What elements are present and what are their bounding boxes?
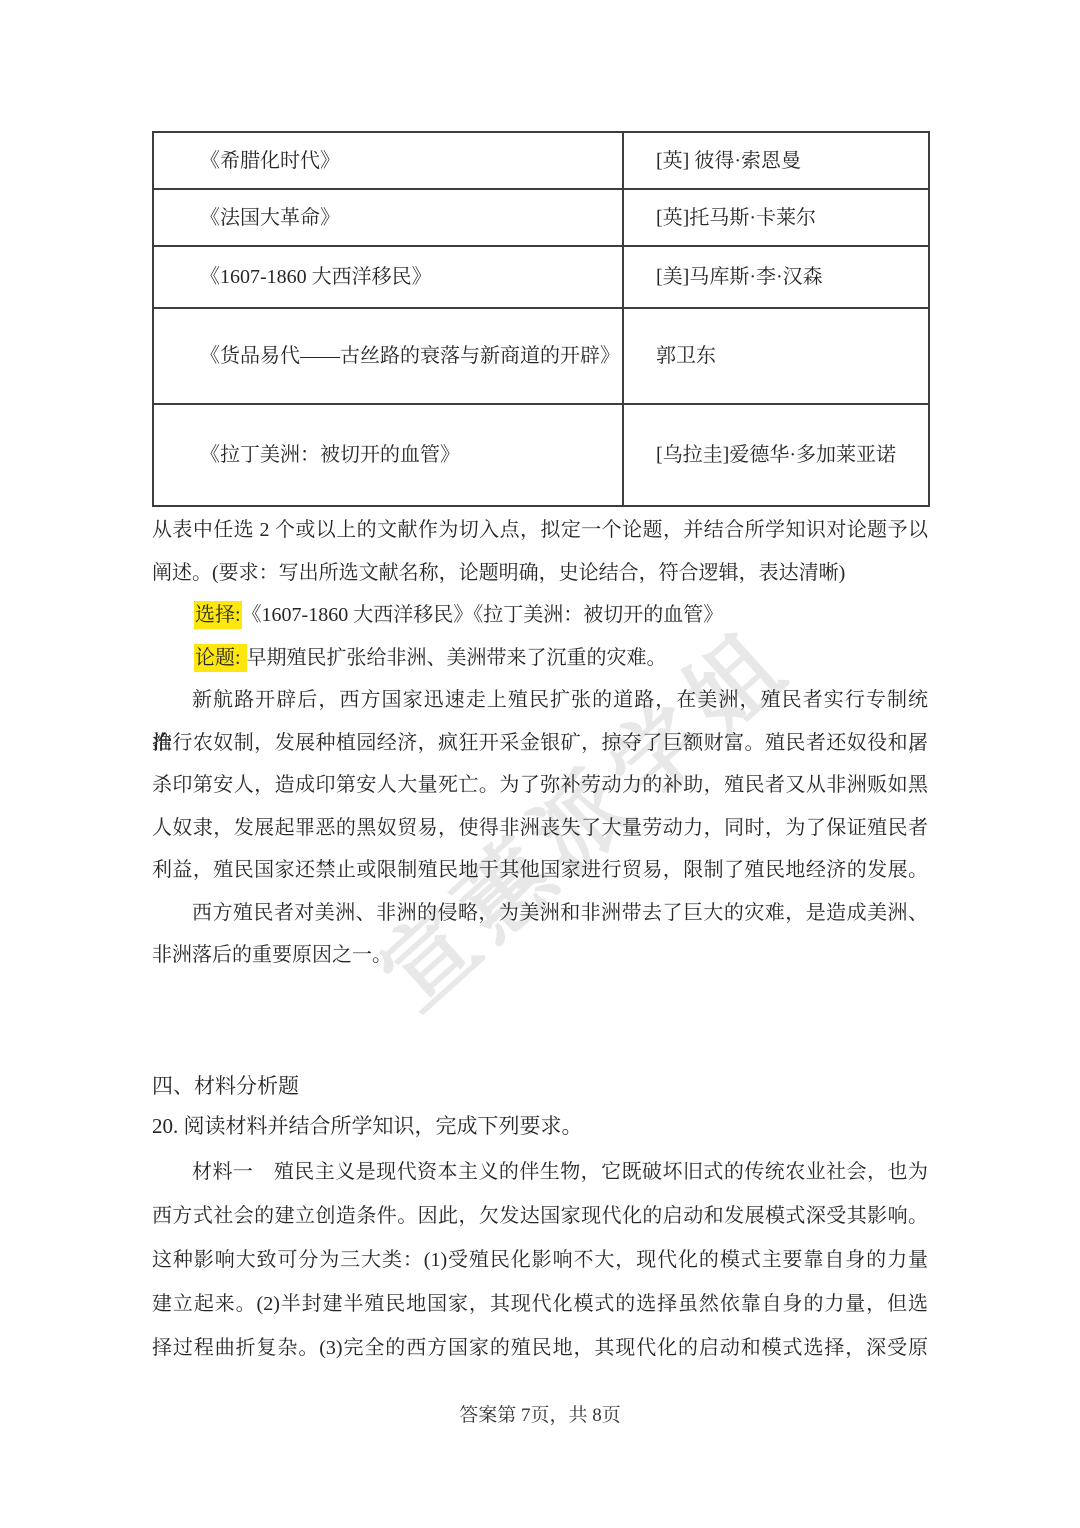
thesis-label-highlight: 论题: xyxy=(194,644,247,672)
answer-paragraph-line: 西方殖民者对美洲、非洲的侵略，为美洲和非洲带去了巨大的灾难，是造成美洲、 xyxy=(152,892,928,935)
book-title-cell: 《货品易代——古丝路的衰落与新商道的开辟》 xyxy=(153,308,623,404)
table-row: 《1607-1860 大西洋移民》 [美]马库斯·李·汉森 xyxy=(153,246,929,308)
material-line: 这种影响大致可分为三大类：(1)受殖民化影响不大，现代化的模式主要靠自身的力量 xyxy=(152,1238,928,1282)
material-line: 择过程曲折复杂。(3)完全的西方国家的殖民地，其现代化的启动和模式选择，深受原 xyxy=(152,1326,928,1370)
section-heading: 四、材料分析题 xyxy=(152,1066,928,1106)
material-line: 材料一 殖民主义是现代资本主义的伴生物，它既破坏旧式的传统农业社会，也为 xyxy=(152,1150,928,1194)
question-line: 从表中任选 2 个或以上的文献作为切入点，拟定一个论题，并结合所学知识对论题予以 xyxy=(152,509,928,552)
thesis-text: 早期殖民扩张给非洲、美洲带来了沉重的灾难。 xyxy=(247,647,667,669)
table-row: 《货品易代——古丝路的衰落与新商道的开辟》 郭卫东 xyxy=(153,308,929,404)
answer-thesis-line: 论题: 早期殖民扩张给非洲、美洲带来了沉重的灾难。 xyxy=(152,637,928,680)
answer-paragraph-line: 人奴隶，发展起罪恶的黑奴贸易，使得非洲丧失了大量劳动力，同时，为了保证殖民者 xyxy=(152,807,928,850)
question-and-answer-block: 从表中任选 2 个或以上的文献作为切入点，拟定一个论题，并结合所学知识对论题予以… xyxy=(152,509,928,977)
table-row: 《法国大革命》 [英]托马斯·卡莱尔 xyxy=(153,189,929,246)
book-title-cell: 《法国大革命》 xyxy=(153,189,623,246)
literature-table: 《希腊化时代》 [英] 彼得·索恩曼 《法国大革命》 [英]托马斯·卡莱尔 《1… xyxy=(152,131,930,507)
table-row: 《拉丁美洲：被切开的血管》 [乌拉圭]爱德华·多加莱亚诺 xyxy=(153,404,929,506)
author-cell: [英]托马斯·卡莱尔 xyxy=(623,189,929,246)
book-title-cell: 《希腊化时代》 xyxy=(153,132,623,189)
question-20: 20. 阅读材料并结合所学知识，完成下列要求。 xyxy=(152,1106,928,1146)
material-line: 西方式社会的建立创造条件。因此，欠发达国家现代化的启动和发展模式深受其影响。 xyxy=(152,1194,928,1238)
material-block: 材料一 殖民主义是现代资本主义的伴生物，它既破坏旧式的传统农业社会，也为 西方式… xyxy=(152,1150,928,1370)
answer-choice-line: 选择:《1607-1860 大西洋移民》《拉丁美洲：被切开的血管》 xyxy=(152,594,928,637)
author-cell: 郭卫东 xyxy=(623,308,929,404)
book-title-cell: 《1607-1860 大西洋移民》 xyxy=(153,246,623,308)
question-line: 阐述。(要求：写出所选文献名称，论题明确，史论结合，符合逻辑，表达清晰) xyxy=(152,552,928,595)
author-cell: [乌拉圭]爱德华·多加莱亚诺 xyxy=(623,404,929,506)
author-cell: [英] 彼得·索恩曼 xyxy=(623,132,929,189)
table-row: 《希腊化时代》 [英] 彼得·索恩曼 xyxy=(153,132,929,189)
answer-paragraph-line: 推行农奴制，发展种植园经济，疯狂开采金银矿，掠夺了巨额财富。殖民者还奴役和屠 xyxy=(152,722,928,765)
answer-paragraph-line: 非洲落后的重要原因之一。 xyxy=(152,934,928,977)
answer-paragraph-line: 利益，殖民国家还禁止或限制殖民地于其他国家进行贸易，限制了殖民地经济的发展。 xyxy=(152,849,928,892)
material-line: 建立起来。(2)半封建半殖民地国家，其现代化模式的选择虽然依靠自身的力量，但选 xyxy=(152,1282,928,1326)
choice-label-highlight: 选择: xyxy=(194,601,242,629)
answer-paragraph-line: 新航路开辟后，西方国家迅速走上殖民扩张的道路，在美洲，殖民者实行专制统治， xyxy=(152,679,928,722)
section-block: 四、材料分析题 20. 阅读材料并结合所学知识，完成下列要求。 xyxy=(152,1066,928,1146)
page-footer: 答案第 7页，共 8页 xyxy=(0,1402,1080,1430)
document-page: 宣蕙派学姐 《希腊化时代》 [英] 彼得·索恩曼 《法国大革命》 [英]托马斯·… xyxy=(0,0,1080,1528)
book-title-cell: 《拉丁美洲：被切开的血管》 xyxy=(153,404,623,506)
answer-paragraph-line: 杀印第安人，造成印第安人大量死亡。为了弥补劳动力的补助，殖民者又从非洲贩如黑 xyxy=(152,764,928,807)
choice-text: 《1607-1860 大西洋移民》《拉丁美洲：被切开的血管》 xyxy=(242,604,724,626)
author-cell: [美]马库斯·李·汉森 xyxy=(623,246,929,308)
